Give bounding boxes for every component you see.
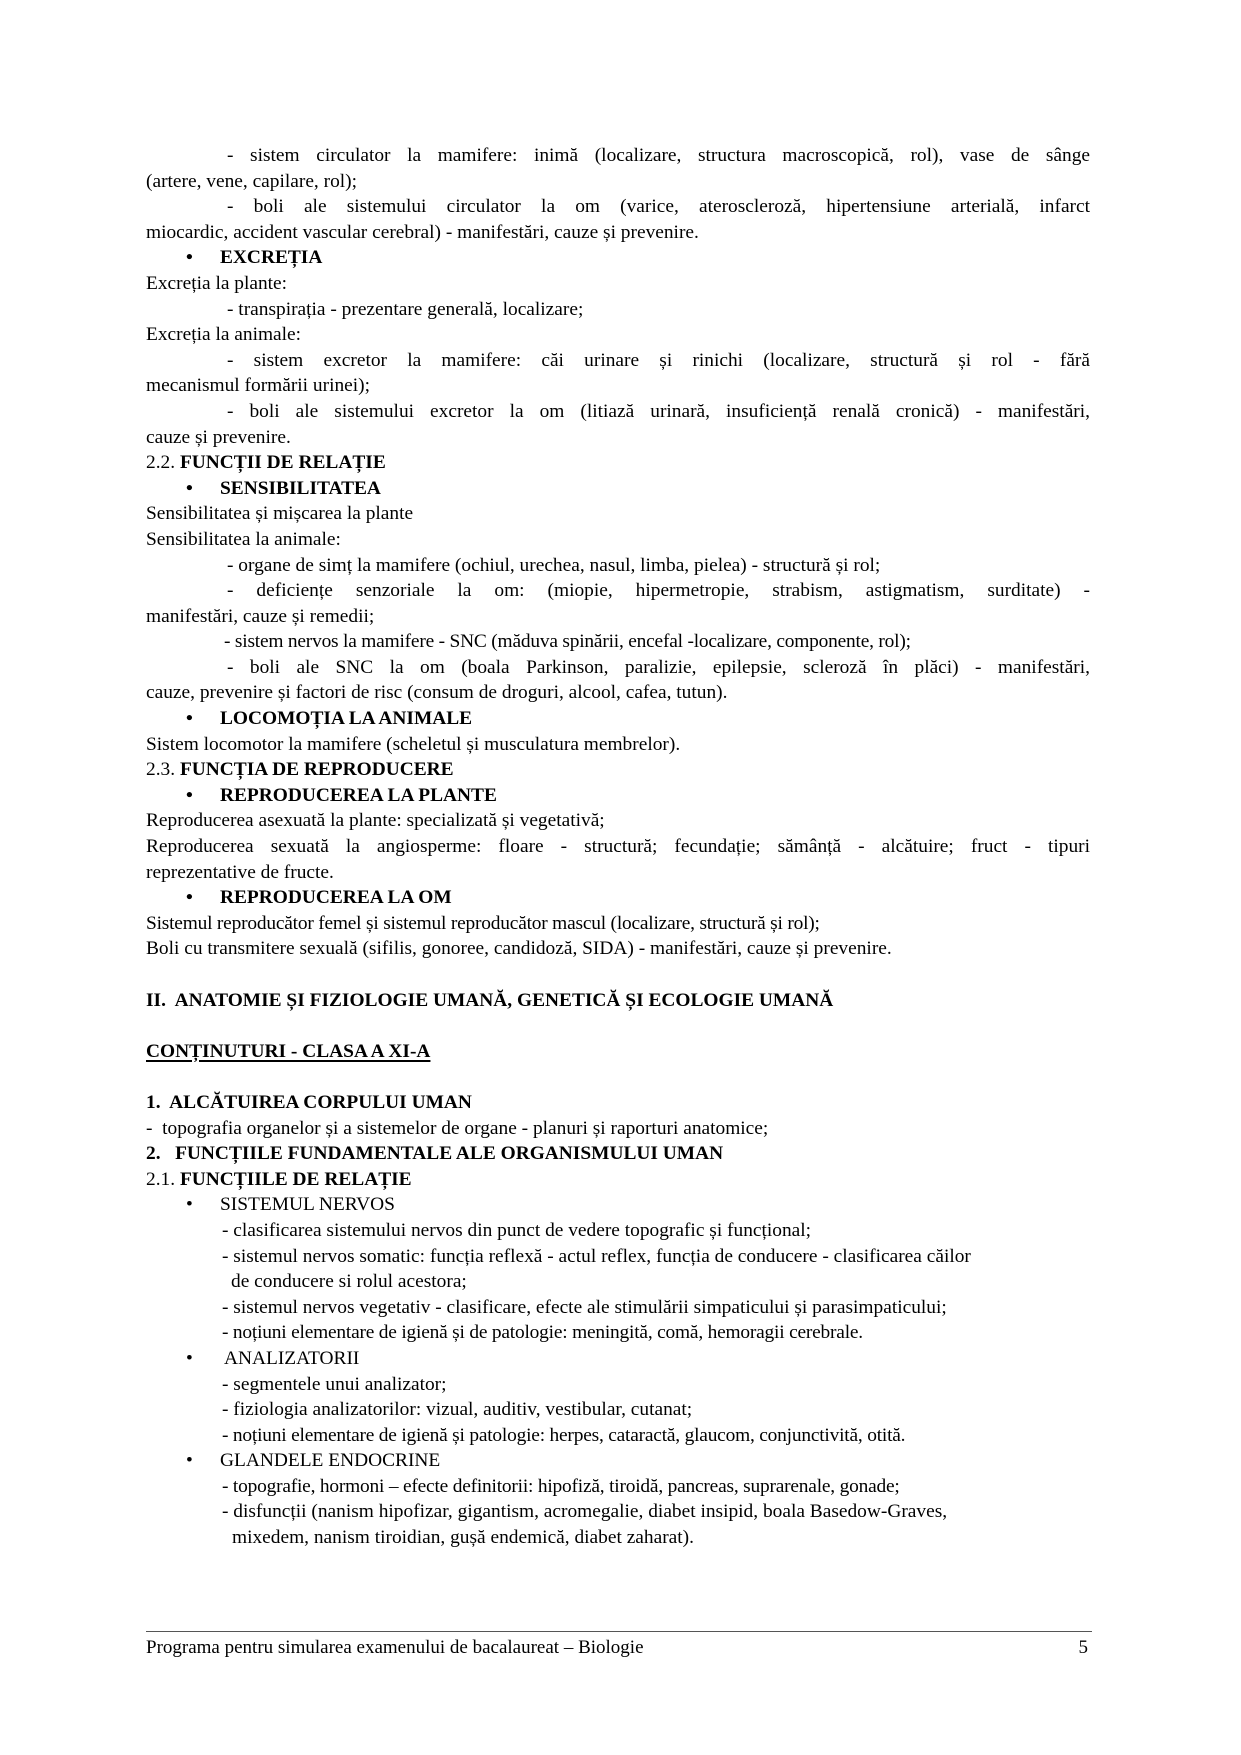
footer-title: Programa pentru simularea examenului de … [146, 1636, 1092, 1660]
paragraph-line: - transpirația - prezentare generală, lo… [146, 297, 1090, 323]
section-heading-2: 2. FUNCȚIILE FUNDAMENTALE ALE ORGANISMUL… [146, 1141, 1090, 1167]
bullet-icon: • [186, 245, 193, 271]
list-item: - topografie, hormoni – efecte definitor… [146, 1474, 1090, 1500]
bullet-icon: • [186, 885, 193, 911]
heading-text: ANALIZATORII [220, 1348, 359, 1369]
part-title: II. ANATOMIE ȘI FIZIOLOGIE UMANĂ, GENETI… [146, 988, 1090, 1014]
spacer [146, 1013, 1090, 1039]
heading-text: LOCOMOȚIA LA ANIMALE [220, 708, 472, 729]
bullet-heading-sensibilitatea: • SENSIBILITATEA [146, 476, 1090, 502]
heading-text: REPRODUCEREA LA PLANTE [220, 785, 497, 806]
paragraph-line: Sistem locomotor la mamifere (scheletul … [146, 732, 1090, 758]
paragraph-line: - organe de simț la mamifere (ochiul, ur… [146, 553, 1090, 579]
list-item: - sistemul nervos vegetativ - clasificar… [146, 1295, 1090, 1321]
bullet-heading-analizatorii: • ANALIZATORII [146, 1346, 1090, 1372]
page-number: 5 [1079, 1636, 1089, 1660]
bullet-heading-reproducerea-om: • REPRODUCEREA LA OM [146, 885, 1090, 911]
bullet-heading-excretia: • EXCREȚIA [146, 245, 1090, 271]
bullet-heading-glandele-endocrine: • GLANDELE ENDOCRINE [146, 1448, 1090, 1474]
document-page: - sistem circulator la mamifere: inimă (… [146, 143, 1090, 1551]
paragraph-line: - sistem circulator la mamifere: inimă (… [146, 143, 1090, 169]
paragraph-line: reprezentative de fructe. [146, 860, 1090, 886]
section-heading-2-2: 2.2. FUNCȚII DE RELAȚIE [146, 450, 1090, 476]
section-title: FUNCȚIA DE REPRODUCERE [180, 759, 454, 780]
section-title: FUNCȚII DE RELAȚIE [180, 452, 386, 473]
spacer [146, 962, 1090, 988]
list-item: - segmentele unui analizator; [146, 1372, 1090, 1398]
paragraph-line: Reproducerea asexuată la plante: special… [146, 808, 1090, 834]
bullet-icon: • [186, 783, 193, 809]
bullet-heading-sistemul-nervos: • SISTEMUL NERVOS [146, 1192, 1090, 1218]
paragraph-line: Excreția la plante: [146, 271, 1090, 297]
page-footer: Programa pentru simularea examenului de … [146, 1631, 1092, 1660]
paragraph-line: (artere, vene, capilare, rol); [146, 169, 1090, 195]
section-heading-1: 1. ALCĂTUIREA CORPULUI UMAN [146, 1090, 1090, 1116]
list-item: - fiziologia analizatorilor: vizual, aud… [146, 1397, 1090, 1423]
list-item: - noțiuni elementare de igienă și patolo… [146, 1423, 1090, 1449]
list-item: - disfuncții (nanism hipofizar, gigantis… [146, 1499, 1090, 1525]
list-item: - clasificarea sistemului nervos din pun… [146, 1218, 1090, 1244]
paragraph-line: - boli ale sistemului circulator la om (… [146, 194, 1090, 220]
spacer [146, 1064, 1090, 1090]
list-item: - noțiuni elementare de igienă și de pat… [146, 1320, 1090, 1346]
paragraph-line: Sensibilitatea și mișcarea la plante [146, 501, 1090, 527]
heading-text: SENSIBILITATEA [220, 478, 381, 499]
bullet-icon: • [186, 476, 193, 502]
paragraph-line: cauze și prevenire. [146, 425, 1090, 451]
paragraph-line: cauze, prevenire și factori de risc (con… [146, 680, 1090, 706]
paragraph-line: - topografia organelor și a sistemelor d… [146, 1116, 1090, 1142]
heading-text: REPRODUCEREA LA OM [220, 887, 452, 908]
section-number: 2.1. [146, 1169, 175, 1190]
heading-text: EXCREȚIA [220, 247, 322, 268]
bullet-icon: • [186, 1346, 193, 1372]
paragraph-line: - boli ale SNC la om (boala Parkinson, p… [146, 655, 1090, 681]
paragraph-line: - deficiențe senzoriale la om: (miopie, … [146, 578, 1090, 604]
bullet-icon: • [186, 1448, 193, 1474]
paragraph-line: - boli ale sistemului excretor la om (li… [146, 399, 1090, 425]
content-heading: CONȚINUTURI - CLASA A XI-A [146, 1039, 1090, 1065]
paragraph-line: - sistem excretor la mamifere: căi urina… [146, 348, 1090, 374]
heading-text: SISTEMUL NERVOS [220, 1194, 395, 1215]
paragraph-line: Reproducerea sexuată la angiosperme: flo… [146, 834, 1090, 860]
paragraph-line: mecanismul formării urinei); [146, 373, 1090, 399]
paragraph-line: Boli cu transmitere sexuală (sifilis, go… [146, 936, 1090, 962]
list-item: - sistemul nervos somatic: funcția refle… [146, 1244, 1090, 1270]
section-heading-2-1: 2.1. FUNCȚIILE DE RELAȚIE [146, 1167, 1090, 1193]
bullet-icon: • [186, 706, 193, 732]
bullet-icon: • [186, 1192, 193, 1218]
list-item-continuation: de conducere si rolul acestora; [146, 1269, 1090, 1295]
section-heading-2-3: 2.3. FUNCȚIA DE REPRODUCERE [146, 757, 1090, 783]
section-title: FUNCȚIILE DE RELAȚIE [180, 1169, 412, 1190]
paragraph-line: manifestări, cauze și remedii; [146, 604, 1090, 630]
section-number: 2.3. [146, 759, 175, 780]
list-item-continuation: mixedem, nanism tiroidian, gușă endemică… [146, 1525, 1090, 1551]
paragraph-line: Sistemul reproducător femel și sistemul … [146, 911, 1090, 937]
section-number: 2.2. [146, 452, 175, 473]
paragraph-line: Sensibilitatea la animale: [146, 527, 1090, 553]
heading-text: GLANDELE ENDOCRINE [220, 1450, 440, 1471]
bullet-heading-reproducerea-plante: • REPRODUCEREA LA PLANTE [146, 783, 1090, 809]
paragraph-line: miocardic, accident vascular cerebral) -… [146, 220, 1090, 246]
paragraph-line: - sistem nervos la mamifere - SNC (măduv… [146, 629, 1090, 655]
content-heading-text: CONȚINUTURI - CLASA A XI-A [146, 1041, 430, 1062]
paragraph-line: Excreția la animale: [146, 322, 1090, 348]
bullet-heading-locomotia: • LOCOMOȚIA LA ANIMALE [146, 706, 1090, 732]
